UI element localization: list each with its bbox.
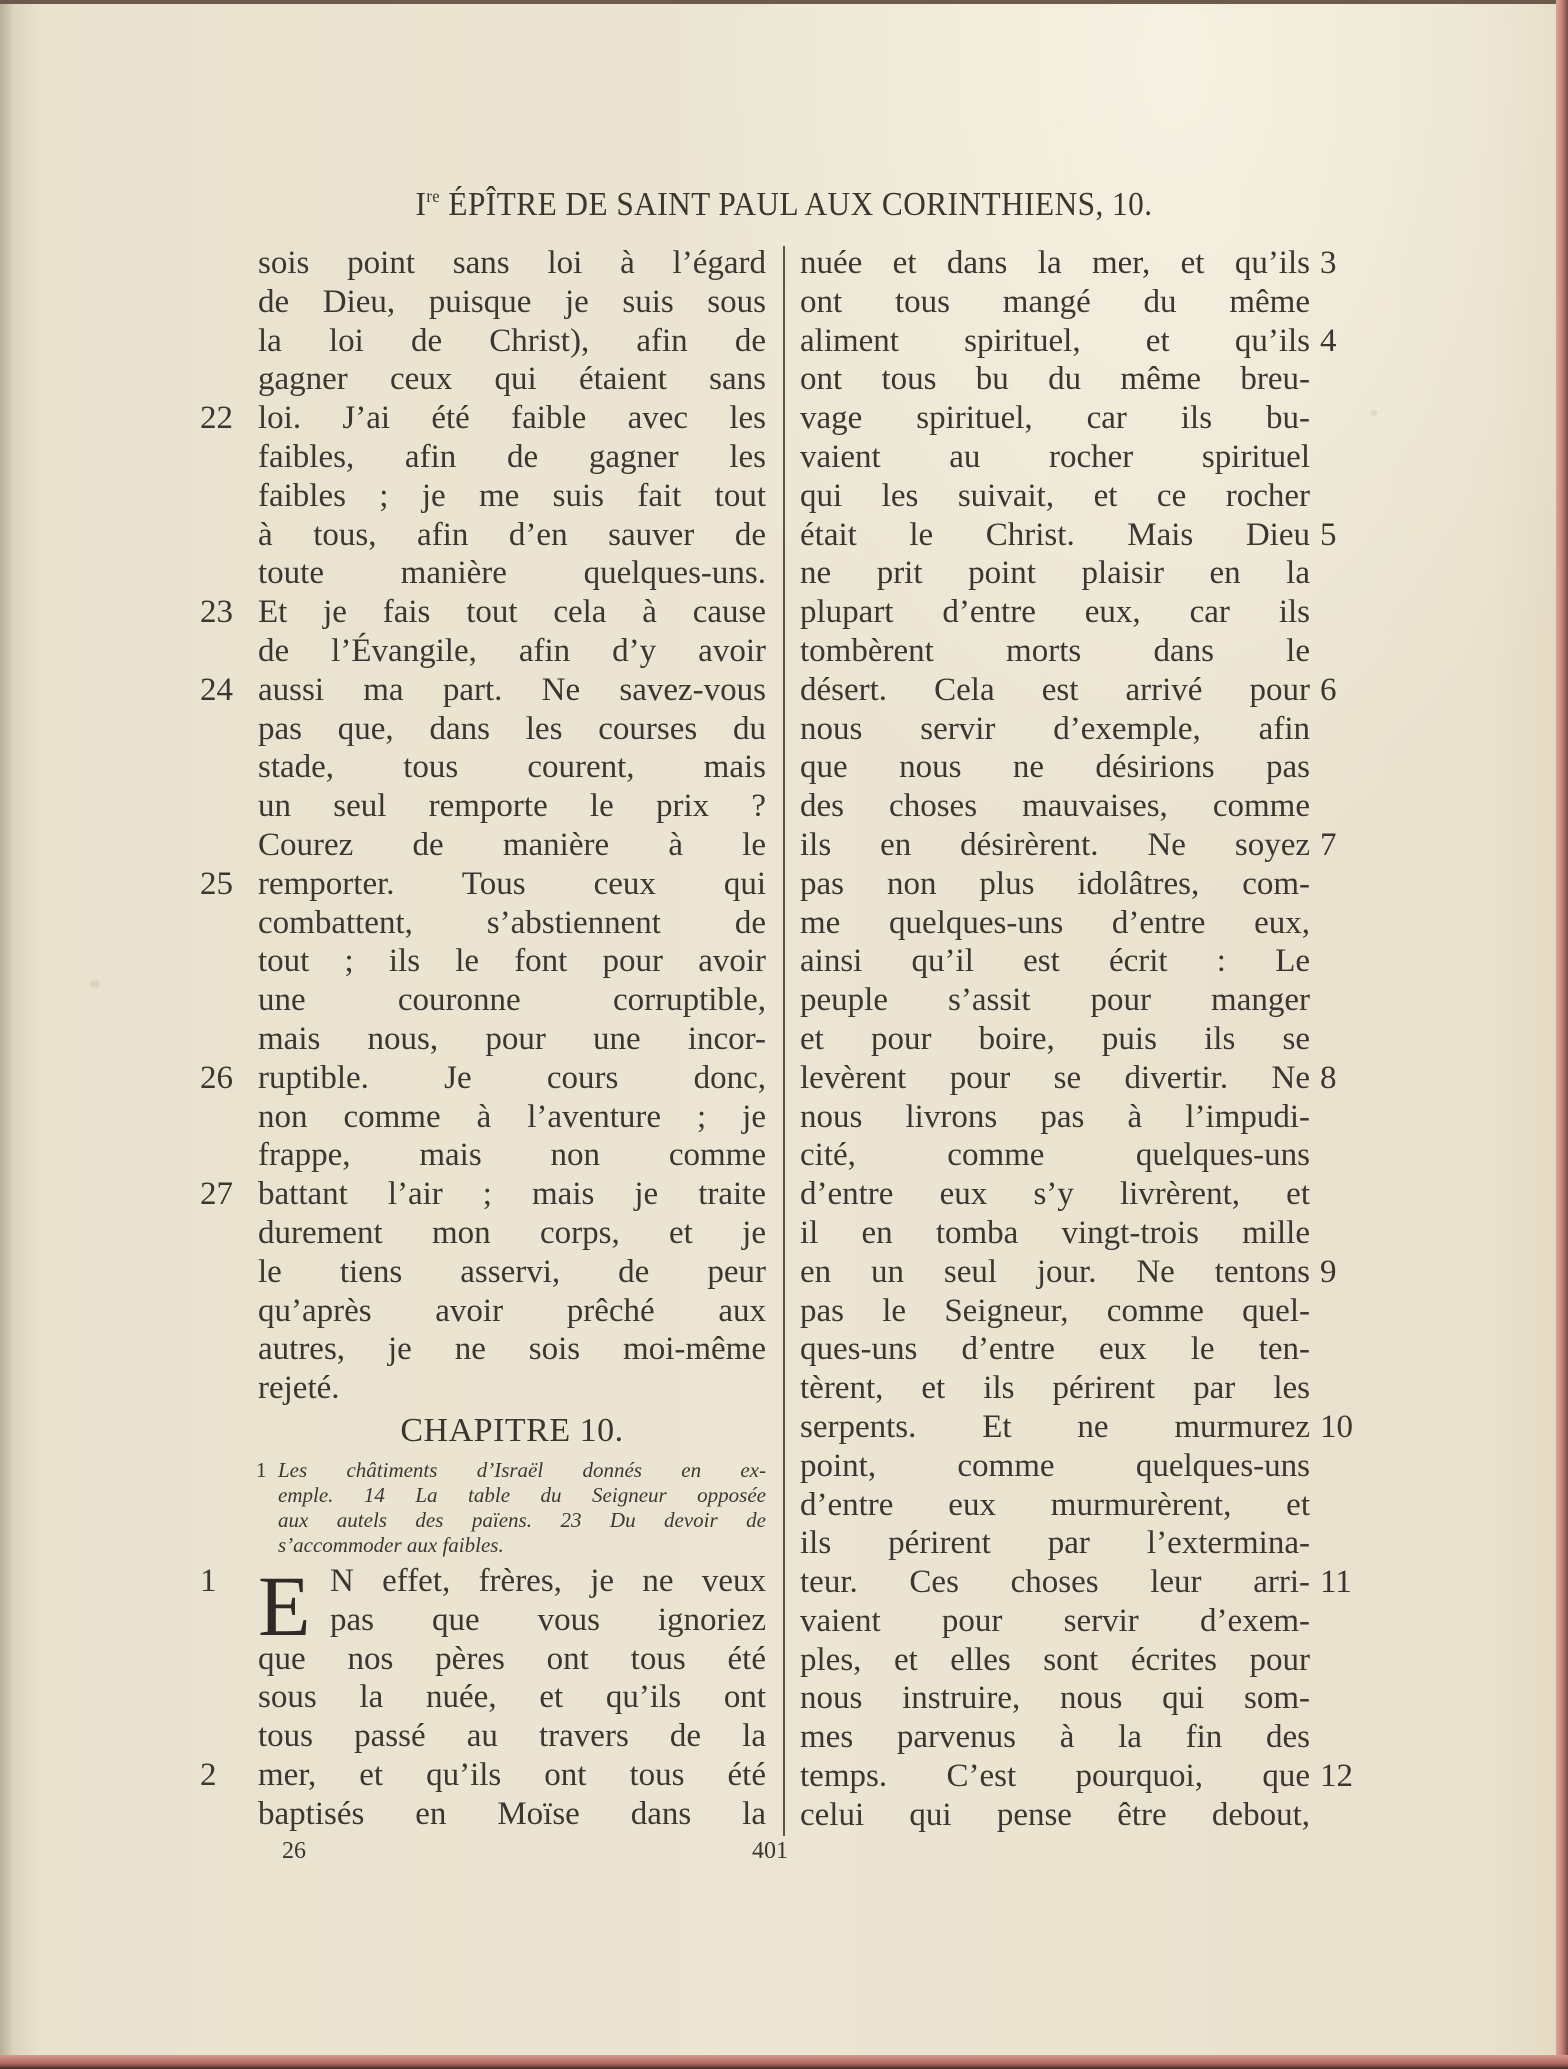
- chapter-summary: 1 Les châtiments d’Israël donnés en ex-e…: [278, 1458, 766, 1558]
- text-line: serpents. Et ne murmurez10: [800, 1408, 1310, 1447]
- line-text: remporter. Tous ceux qui: [258, 866, 766, 902]
- line-text: aussi ma part. Ne savez-vous: [258, 672, 766, 708]
- verse-number: 5: [1320, 516, 1337, 555]
- line-text: gagner ceux qui étaient sans: [258, 361, 766, 397]
- text-line: autres, je ne sois moi-même: [258, 1330, 766, 1369]
- line-text: me quelques-uns d’entre eux,: [800, 905, 1310, 941]
- text-line: que nos pères ont tous été: [258, 1640, 766, 1679]
- text-line: faibles ; je me suis fait tout: [258, 477, 766, 516]
- line-text: peuple s’assit pour manger: [800, 982, 1310, 1018]
- line-text: cité, comme quelques-uns: [800, 1137, 1310, 1173]
- line-text: ainsi qu’il est écrit : Le: [800, 943, 1310, 979]
- line-text: vaient pour servir d’exem-: [800, 1603, 1310, 1639]
- text-line: combattent, s’abstiennent de: [258, 904, 766, 943]
- text-line: des choses mauvaises, comme: [800, 787, 1310, 826]
- line-text: N effet, frères, je ne veux: [330, 1563, 766, 1599]
- text-line: peuple s’assit pour manger: [800, 981, 1310, 1020]
- line-text: plupart d’entre eux, car ils: [800, 594, 1310, 630]
- running-head-ordinal-sup: re: [426, 186, 440, 206]
- line-text: vage spirituel, car ils bu-: [800, 400, 1310, 436]
- text-line: nous instruire, nous qui som-: [800, 1679, 1310, 1718]
- text-line: Et je fais tout cela à cause23: [258, 593, 766, 632]
- line-text: ils périrent par l’extermina-: [800, 1525, 1310, 1561]
- text-line: nuée et dans la mer, et qu’ils3: [800, 244, 1310, 283]
- line-text: toute manière quelques-uns.: [258, 555, 766, 591]
- line-text: qu’après avoir prêché aux: [258, 1293, 766, 1329]
- running-head-ordinal: I: [415, 186, 426, 223]
- right-column: nuée et dans la mer, et qu’ils3ont tous …: [800, 244, 1310, 1835]
- text-line: celui qui pense être debout,: [800, 1796, 1310, 1835]
- verse-number: 27: [200, 1175, 250, 1214]
- line-text: nuée et dans la mer, et qu’ils: [800, 245, 1310, 281]
- verse-number: 23: [200, 593, 250, 632]
- text-line: cité, comme quelques-uns: [800, 1136, 1310, 1175]
- line-text: que nos pères ont tous été: [258, 1641, 766, 1677]
- text-line: ques-uns d’entre eux le ten-: [800, 1330, 1310, 1369]
- line-text: mais nous, pour une incor-: [258, 1021, 766, 1057]
- text-line: non comme à l’aventure ; je: [258, 1098, 766, 1137]
- line-text: ques-uns d’entre eux le ten-: [800, 1331, 1310, 1367]
- line-text: pas le Seigneur, comme quel-: [800, 1293, 1310, 1329]
- column-divider: [783, 246, 785, 1836]
- text-line: battant l’air ; mais je traite27: [258, 1175, 766, 1214]
- line-text: autres, je ne sois moi-même: [258, 1331, 766, 1367]
- text-line: un seul remporte le prix ?: [258, 787, 766, 826]
- text-line: gagner ceux qui étaient sans: [258, 360, 766, 399]
- text-line: N effet, frères, je ne veux1: [330, 1562, 766, 1601]
- line-text: aliment spirituel, et qu’ils: [800, 323, 1310, 359]
- line-text: temps. C’est pourquoi, que: [800, 1758, 1310, 1794]
- text-line: point, comme quelques-uns: [800, 1447, 1310, 1486]
- text-line: qui les suivait, et ce rocher: [800, 477, 1310, 516]
- line-text: Courez de manière à le: [258, 827, 766, 863]
- line-text: baptisés en Moïse dans la: [258, 1796, 766, 1832]
- verse-number: 4: [1320, 322, 1337, 361]
- line-text: combattent, s’abstiennent de: [258, 905, 766, 941]
- line-text: teur. Ces choses leur arri-: [800, 1564, 1310, 1600]
- line-text: sois point sans loi à l’égard: [258, 245, 766, 281]
- text-line: désert. Cela est arrivé pour6: [800, 671, 1310, 710]
- line-text: en un seul jour. Ne tentons: [800, 1254, 1310, 1290]
- text-line: ruptible. Je cours donc,26: [258, 1059, 766, 1098]
- text-line: ont tous bu du même breu-: [800, 360, 1310, 399]
- line-text: désert. Cela est arrivé pour: [800, 672, 1310, 708]
- line-text: ples, et elles sont écrites pour: [800, 1642, 1310, 1678]
- chapter-body: E N effet, frères, je ne veux1pas que vo…: [258, 1562, 766, 1834]
- text-line: qu’après avoir prêché aux: [258, 1292, 766, 1331]
- text-line: mais nous, pour une incor-: [258, 1020, 766, 1059]
- text-line: une couronne corruptible,: [258, 981, 766, 1020]
- text-line: sous la nuée, et qu’ils ont: [258, 1678, 766, 1717]
- page-bottom-edge: [0, 2055, 1568, 2069]
- verse-number: 1: [200, 1562, 250, 1601]
- text-line: il en tomba vingt-trois mille: [800, 1214, 1310, 1253]
- verse-number: 2: [200, 1756, 250, 1795]
- text-line: stade, tous courent, mais: [258, 748, 766, 787]
- line-text: à tous, afin d’en sauver de: [258, 517, 766, 553]
- line-text: ruptible. Je cours donc,: [258, 1060, 766, 1096]
- text-line: ils en désirèrent. Ne soyez7: [800, 826, 1310, 865]
- line-text: Et je fais tout cela à cause: [258, 594, 766, 630]
- text-line: pas non plus idolâtres, com-: [800, 865, 1310, 904]
- text-line: tout ; ils le font pour avoir: [258, 942, 766, 981]
- verse-number: 25: [200, 865, 250, 904]
- line-text: serpents. Et ne murmurez: [800, 1409, 1310, 1445]
- text-line: aliment spirituel, et qu’ils4: [800, 322, 1310, 361]
- page-number: 401: [752, 1838, 788, 1865]
- text-line: le tiens asservi, de peur: [258, 1253, 766, 1292]
- line-text: nous livrons pas à l’impudi-: [800, 1099, 1310, 1135]
- text-line: nous livrons pas à l’impudi-: [800, 1098, 1310, 1137]
- text-line: ont tous mangé du même: [800, 283, 1310, 322]
- text-line: nous servir d’exemple, afin: [800, 710, 1310, 749]
- verse-number: 10: [1320, 1408, 1353, 1447]
- line-text: battant l’air ; mais je traite: [258, 1176, 766, 1212]
- verse-number: 26: [200, 1059, 250, 1098]
- text-line: tèrent, et ils périrent par les: [800, 1369, 1310, 1408]
- line-text: nous instruire, nous qui som-: [800, 1680, 1310, 1716]
- text-line: pas le Seigneur, comme quel-: [800, 1292, 1310, 1331]
- line-text: pas que vous ignoriez: [330, 1602, 766, 1638]
- text-line: d’entre eux murmurèrent, et: [800, 1486, 1310, 1525]
- text-line: que nous ne désirions pas: [800, 748, 1310, 787]
- text-line: de Dieu, puisque je suis sous: [258, 283, 766, 322]
- text-line: tous passé au travers de la: [258, 1717, 766, 1756]
- line-text: la loi de Christ), afin de: [258, 323, 766, 359]
- text-line: vaient au rocher spirituel: [800, 438, 1310, 477]
- text-line: pas que, dans les courses du: [258, 710, 766, 749]
- line-text: levèrent pour se divertir. Ne: [800, 1060, 1310, 1096]
- verse-number: 8: [1320, 1059, 1337, 1098]
- text-line: toute manière quelques-uns.: [258, 554, 766, 593]
- text-line: loi. J’ai été faible avec les22: [258, 399, 766, 438]
- line-text: pas que, dans les courses du: [258, 711, 766, 747]
- verse-number: 9: [1320, 1253, 1337, 1292]
- line-text: frappe, mais non comme: [258, 1137, 766, 1173]
- line-text: un seul remporte le prix ?: [258, 788, 766, 824]
- text-line: ils périrent par l’extermina-: [800, 1524, 1310, 1563]
- line-text: d’entre eux s’y livrèrent, et: [800, 1176, 1310, 1212]
- line-text: tous passé au travers de la: [258, 1718, 766, 1754]
- text-line: de l’Évangile, afin d’y avoir: [258, 632, 766, 671]
- running-head-title: ÉPÎTRE DE SAINT PAUL AUX CORINTHIENS, 10…: [448, 186, 1152, 223]
- text-line: baptisés en Moïse dans la: [258, 1795, 766, 1834]
- line-text: stade, tous courent, mais: [258, 749, 766, 785]
- summary-line: Les châtiments d’Israël donnés en ex-: [278, 1458, 766, 1483]
- line-text: une couronne corruptible,: [258, 982, 766, 1018]
- book-page: Ire ÉPÎTRE DE SAINT PAUL AUX CORINTHIENS…: [0, 0, 1568, 2069]
- page-right-edge: [1556, 0, 1568, 2069]
- text-line: durement mon corps, et je: [258, 1214, 766, 1253]
- text-line: la loi de Christ), afin de: [258, 322, 766, 361]
- text-line: remporter. Tous ceux qui25: [258, 865, 766, 904]
- line-text: ont tous mangé du même: [800, 284, 1310, 320]
- text-line: pas que vous ignoriez: [330, 1601, 766, 1640]
- paper-stain: [1370, 410, 1378, 416]
- verse-number: 12: [1320, 1757, 1353, 1796]
- line-text: tèrent, et ils périrent par les: [800, 1370, 1310, 1406]
- summary-line: aux autels des païens. 23 Du devoir de: [278, 1508, 766, 1533]
- line-text: que nous ne désirions pas: [800, 749, 1310, 785]
- text-line: vage spirituel, car ils bu-: [800, 399, 1310, 438]
- line-text: ont tous bu du même breu-: [800, 361, 1310, 397]
- line-text: mes parvenus à la fin des: [800, 1719, 1310, 1755]
- page-top-edge: [0, 0, 1568, 4]
- text-line: était le Christ. Mais Dieu5: [800, 516, 1310, 555]
- verse-number: 7: [1320, 826, 1337, 865]
- drop-cap: E: [258, 1568, 311, 1644]
- text-line: à tous, afin d’en sauver de: [258, 516, 766, 555]
- text-line: mer, et qu’ils ont tous été2: [258, 1756, 766, 1795]
- text-line: ples, et elles sont écrites pour: [800, 1641, 1310, 1680]
- line-text: sous la nuée, et qu’ils ont: [258, 1679, 766, 1715]
- text-line: frappe, mais non comme: [258, 1136, 766, 1175]
- text-line: rejeté.: [258, 1369, 766, 1408]
- summary-line: emple. 14 La table du Seigneur opposée: [278, 1483, 766, 1508]
- text-line: temps. C’est pourquoi, que12: [800, 1757, 1310, 1796]
- line-text: vaient au rocher spirituel: [800, 439, 1310, 475]
- text-line: sois point sans loi à l’égard: [258, 244, 766, 283]
- text-line: et pour boire, puis ils se: [800, 1020, 1310, 1059]
- line-text: durement mon corps, et je: [258, 1215, 766, 1251]
- line-text: loi. J’ai été faible avec les: [258, 400, 766, 436]
- paper-stain: [90, 980, 100, 988]
- text-line: levèrent pour se divertir. Ne8: [800, 1059, 1310, 1098]
- line-text: de Dieu, puisque je suis sous: [258, 284, 766, 320]
- line-text: celui qui pense être debout,: [800, 1797, 1310, 1833]
- text-line: faibles, afin de gagner les: [258, 438, 766, 477]
- line-text: faibles ; je me suis fait tout: [258, 478, 766, 514]
- text-line: en un seul jour. Ne tentons9: [800, 1253, 1310, 1292]
- text-line: mes parvenus à la fin des: [800, 1718, 1310, 1757]
- summary-line: s’accommoder aux faibles.: [278, 1533, 766, 1558]
- text-line: aussi ma part. Ne savez-vous24: [258, 671, 766, 710]
- text-line: ne prit point plaisir en la: [800, 554, 1310, 593]
- line-text: des choses mauvaises, comme: [800, 788, 1310, 824]
- line-text: et pour boire, puis ils se: [800, 1021, 1310, 1057]
- verse-number: 11: [1320, 1563, 1352, 1602]
- line-text: faibles, afin de gagner les: [258, 439, 766, 475]
- line-text: rejeté.: [258, 1370, 340, 1406]
- verse-number: 22: [200, 399, 250, 438]
- text-line: me quelques-uns d’entre eux,: [800, 904, 1310, 943]
- text-line: teur. Ces choses leur arri-11: [800, 1563, 1310, 1602]
- verse-number: 24: [200, 671, 250, 710]
- signature-mark: 26: [282, 1838, 306, 1865]
- line-text: ils en désirèrent. Ne soyez: [800, 827, 1310, 863]
- verse-number: 6: [1320, 671, 1337, 710]
- text-line: ainsi qu’il est écrit : Le: [800, 942, 1310, 981]
- line-text: qui les suivait, et ce rocher: [800, 478, 1310, 514]
- line-text: tombèrent morts dans le: [800, 633, 1310, 669]
- verse-number: 3: [1320, 244, 1337, 283]
- chapter-title: CHAPITRE 10.: [258, 1412, 766, 1450]
- left-column: sois point sans loi à l’égardde Dieu, pu…: [258, 244, 766, 1408]
- line-text: tout ; ils le font pour avoir: [258, 943, 766, 979]
- text-line: vaient pour servir d’exem-: [800, 1602, 1310, 1641]
- text-line: Courez de manière à le: [258, 826, 766, 865]
- line-text: non comme à l’aventure ; je: [258, 1099, 766, 1135]
- line-text: était le Christ. Mais Dieu: [800, 517, 1310, 553]
- running-head: Ire ÉPÎTRE DE SAINT PAUL AUX CORINTHIENS…: [63, 186, 1506, 224]
- line-text: d’entre eux murmurèrent, et: [800, 1487, 1310, 1523]
- text-line: plupart d’entre eux, car ils: [800, 593, 1310, 632]
- text-line: tombèrent morts dans le: [800, 632, 1310, 671]
- line-text: nous servir d’exemple, afin: [800, 711, 1310, 747]
- line-text: pas non plus idolâtres, com-: [800, 866, 1310, 902]
- line-text: point, comme quelques-uns: [800, 1448, 1310, 1484]
- line-text: le tiens asservi, de peur: [258, 1254, 766, 1290]
- line-text: ne prit point plaisir en la: [800, 555, 1310, 591]
- line-text: il en tomba vingt-trois mille: [800, 1215, 1310, 1251]
- line-text: de l’Évangile, afin d’y avoir: [258, 633, 766, 669]
- summary-verse-number: 1: [256, 1458, 267, 1483]
- line-text: mer, et qu’ils ont tous été: [258, 1757, 766, 1793]
- text-line: d’entre eux s’y livrèrent, et: [800, 1175, 1310, 1214]
